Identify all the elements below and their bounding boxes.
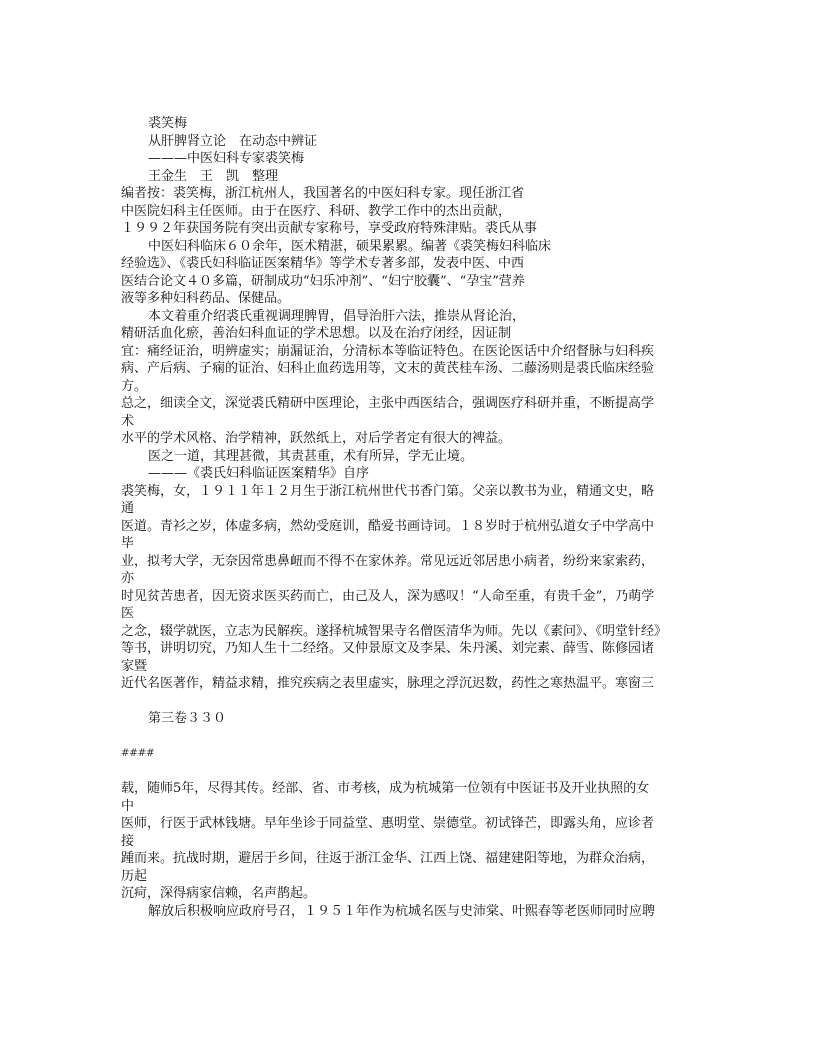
editor-note-line: １９９２年获国务院有突出贡献专家称号，享受政府特殊津贴。裘氏从事: [121, 220, 711, 238]
continuation-line: 踵而来。抗战时期，避居于乡间，往返于浙江金华、江西上饶、福建建阳等地，为群众治病…: [121, 850, 711, 868]
summary-line: 术: [121, 413, 711, 431]
summary-line: 病、产后病、子痫的证治、妇科止血药选用等，文末的黄芪桂车汤、二藤汤则是裘氏临床经…: [121, 360, 711, 378]
bio-line: 等书，讲明切究，乃知人生十二经络。又仲景原文及李杲、朱丹溪、刘完素、薛雪、陈修园…: [121, 640, 711, 658]
quote-source: ———《裘氏妇科临证医案精华》自序: [121, 465, 711, 483]
bio-line: 业，拟考大学，无奈因常患鼻衄而不得不在家休养。常见远近邻居患小病者，纷纷来家索药…: [121, 553, 711, 571]
editor-note-line: 经验选》、《裘氏妇科临证医案精华》等学术专著多部，发表中医、中西: [121, 255, 711, 273]
editor-note-line: 编者按：裘笑梅，浙江杭州人，我国著名的中医妇科专家。现任浙江省: [121, 185, 711, 203]
article-subtitle: ———中医妇科专家裘笑梅: [121, 150, 711, 168]
quote-text: 医之一道，其理甚微，其责甚重，术有所异，学无止境。: [121, 448, 711, 466]
article-title: 从肝脾肾立论 在动态中辨证: [121, 133, 711, 151]
bio-line: 通: [121, 500, 711, 518]
editor-note-line: 中医院妇科主任医师。由于在医疗、科研、教学工作中的杰出贡献，: [121, 203, 711, 221]
bio-line: 医道。青衫之岁，体虚多病，然幼受庭训，酷爱书画诗词。１８岁时于杭州弘道女子中学高…: [121, 518, 711, 536]
summary-line: 宜：痛经证治，明辨虚实；崩漏证治，分清标本等临证特色。在医论医话中介绍督脉与妇科…: [121, 343, 711, 361]
page-footer: 第三卷３３０: [121, 710, 711, 728]
summary-line: 总之，细读全文，深觉裘氏精研中医理论，主张中西医结合，强调医疗科研并重，不断提高…: [121, 395, 711, 413]
continuation-line: 载，随师5年，尽得其传。经部、省、市考核，成为杭城第一位领有中医证书及开业执照的…: [121, 780, 711, 798]
editor-note-line: 医结合论文４０多篇，研制成功“妇乐冲剂”、“妇宁胶囊”、“孕宝”营养: [121, 273, 711, 291]
document-page: 裘笑梅 从肝脾肾立论 在动态中辨证 ———中医妇科专家裘笑梅 王金生 王 凯 整…: [121, 115, 711, 920]
author-name: 裘笑梅: [121, 115, 711, 133]
continuation-line: 历起: [121, 868, 711, 886]
continuation-line: 中: [121, 798, 711, 816]
spacer: [121, 763, 711, 781]
summary-line: 精研活血化瘀，善治妇科血证的学术思想。以及在治疗闭经，因证制: [121, 325, 711, 343]
continuation-line: 接: [121, 833, 711, 851]
bio-line: 毕: [121, 535, 711, 553]
spacer: [121, 693, 711, 711]
summary-line: 本文着重介绍裘氏重视调理脾胃，倡导治肝六法，推崇从肾论治，: [121, 308, 711, 326]
summary-line: 方。: [121, 378, 711, 396]
page-break-marker: ####: [121, 745, 711, 763]
bio-line: 亦: [121, 570, 711, 588]
article-editors: 王金生 王 凯 整理: [121, 168, 711, 186]
summary-line: 水平的学术风格、治学精神，跃然纸上，对后学者定有很大的裨益。: [121, 430, 711, 448]
bio-line: 医: [121, 605, 711, 623]
continuation-line: 医师，行医于武林钱塘。早年坐诊于同益堂、惠明堂、崇德堂。初试锋芒，即露头角，应诊…: [121, 815, 711, 833]
continuation-line: 沉疴，深得病家信赖，名声鹊起。: [121, 885, 711, 903]
bio-line: 家暨: [121, 658, 711, 676]
bio-line: 裘笑梅，女，１９１１年１２月生于浙江杭州世代书香门第。父亲以教书为业，精通文史，…: [121, 483, 711, 501]
spacer: [121, 728, 711, 746]
bio-line: 近代名医著作，精益求精，推究疾病之表里虚实，脉理之浮沉迟数，药性之寒热温平。寒窗…: [121, 675, 711, 693]
bio-line: 时见贫苦患者，因无资求医买药而亡，由己及人，深为感叹！“人命至重，有贵千金”，乃…: [121, 588, 711, 606]
editor-note-line: 液等多种妇科药品、保健品。: [121, 290, 711, 308]
editor-note-line: 中医妇科临床６０余年，医术精湛，硕果累累。编著《裘笑梅妇科临床: [121, 238, 711, 256]
bio-line: 之念，辍学就医，立志为民解疾。遂择杭城智果寺名僧医清华为师。先以《素问》、《明堂…: [121, 623, 711, 641]
last-paragraph-line: 解放后积极响应政府号召，１９５１年作为杭城名医与史沛棠、叶熙春等老医师同时应聘: [121, 903, 711, 921]
